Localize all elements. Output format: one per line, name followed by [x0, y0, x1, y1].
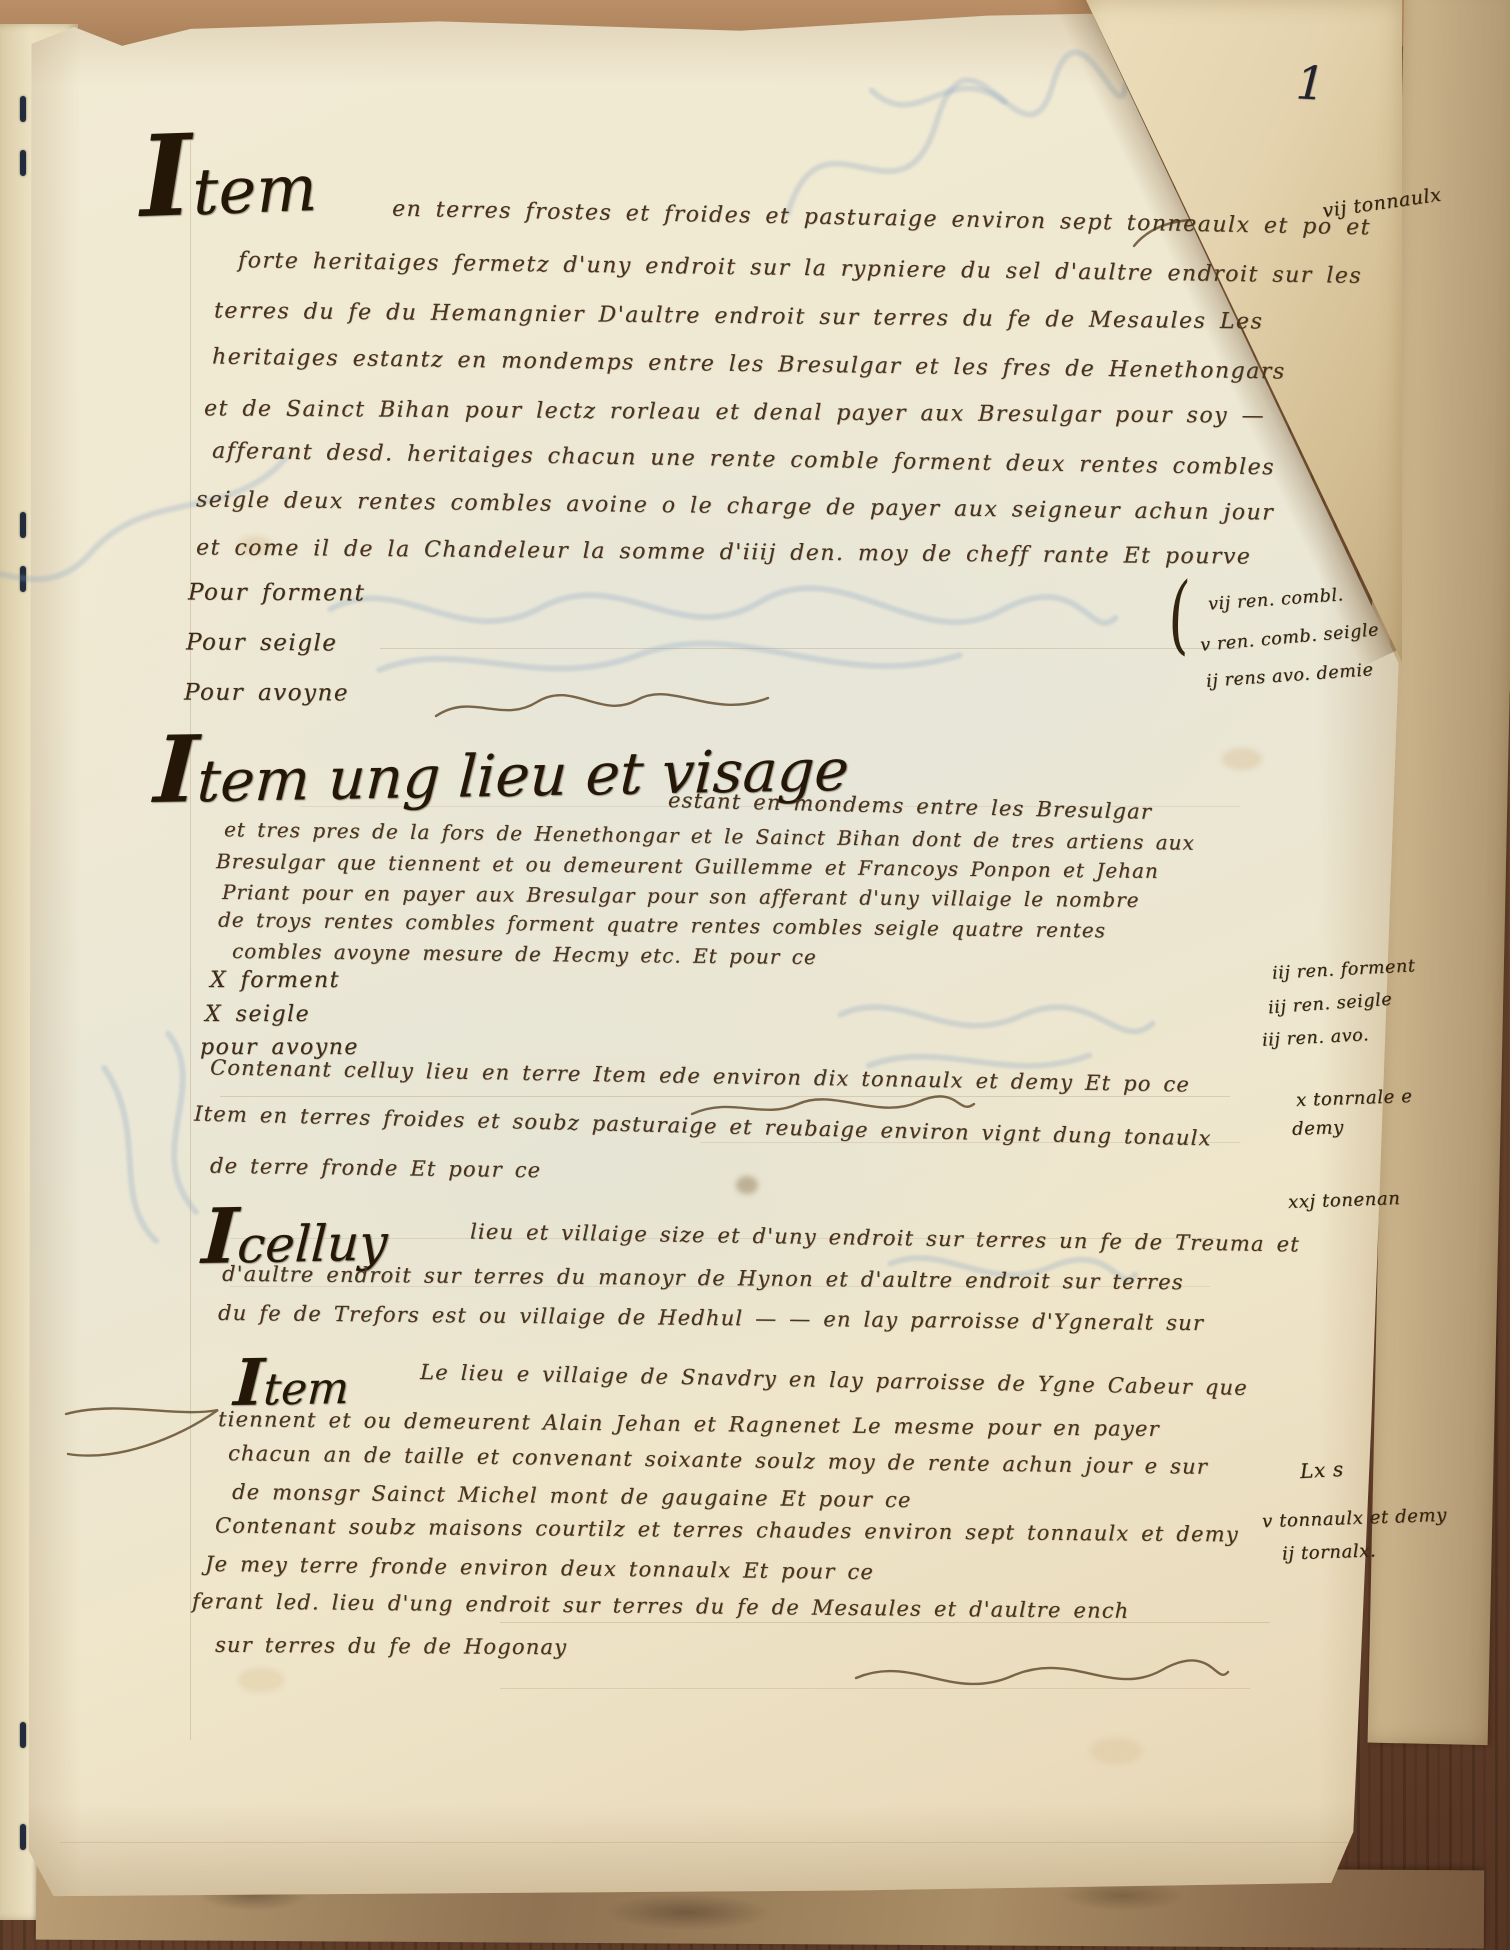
- flourish-lead: [58, 1398, 228, 1468]
- ruled-line: [60, 1842, 1350, 1843]
- foxing-spot: [1090, 1738, 1142, 1764]
- p2-list-item: X forment: [210, 968, 340, 993]
- flourish-closing: [852, 1652, 1232, 1708]
- p5-line: sur terres du fe de Hogonay: [215, 1633, 567, 1659]
- p1-list-item: Pour seigle: [186, 629, 338, 656]
- margin-note: x tonrnale e: [1296, 1086, 1413, 1111]
- margin-note: Lx s: [1299, 1457, 1344, 1483]
- margin-note: ij tornalx.: [1282, 1540, 1377, 1564]
- initial-rest: tem: [191, 152, 318, 230]
- binding-stitch: [20, 1824, 26, 1850]
- foxing-spot: [238, 1668, 284, 1692]
- p2-list-item: X seigle: [205, 1002, 310, 1027]
- folio-number: 1: [1295, 55, 1327, 110]
- binding-stitch: [20, 150, 26, 176]
- margin-rule: [190, 140, 191, 1740]
- margin-note: xxj tonenan: [1288, 1188, 1401, 1213]
- foxing-spot: [1222, 748, 1262, 770]
- initial-item-1: Item: [137, 106, 318, 243]
- manuscript-photo: 1 vij tonnaulx Item en terres frostes et…: [0, 0, 1510, 1950]
- initial-capital: I: [137, 110, 194, 243]
- binding-stitch: [20, 1722, 26, 1748]
- p2b-line: de terre fronde Et pour ce: [210, 1154, 542, 1183]
- p1-list-item: Pour forment: [188, 580, 365, 607]
- margin-note: demy: [1292, 1117, 1345, 1140]
- ink-blot: [736, 1176, 758, 1194]
- bleed-through-mark: [319, 549, 1121, 713]
- binding-stitch: [20, 96, 26, 122]
- ruled-line: [500, 1622, 1270, 1623]
- initial-capital: I: [152, 715, 201, 824]
- p1-list-item: Pour avoyne: [184, 680, 349, 707]
